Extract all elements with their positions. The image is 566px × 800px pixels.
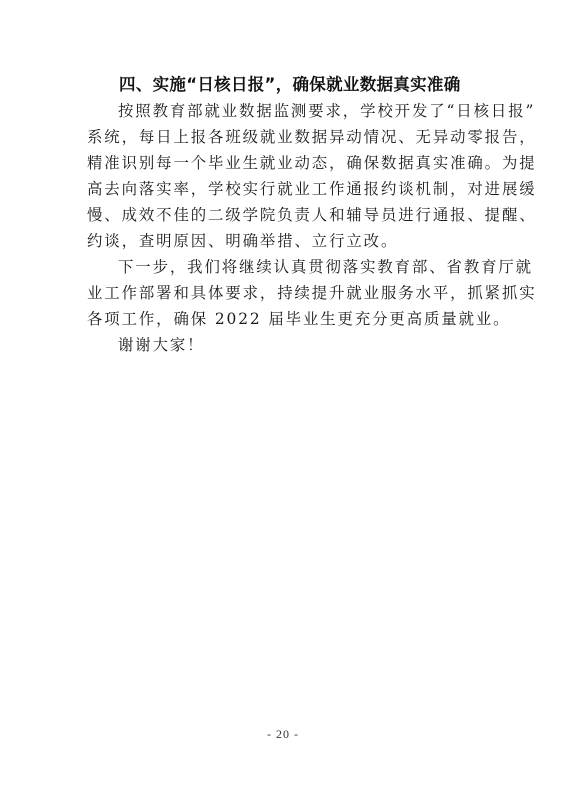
paragraph-daily-report: 按照教育部就业数据监测要求，学校开发了“日核日报” 系统，每日上报各班级就业数据…	[87, 98, 480, 254]
text-line: 高去向落实率，学校实行就业工作通报约谈机制，对进展缓	[87, 176, 480, 202]
text-line: 精准识别每一个毕业生就业动态，确保数据真实准确。为提	[87, 150, 480, 176]
document-page: 四、实施“日核日报”，确保就业数据真实准确 按照教育部就业数据监测要求，学校开发…	[0, 0, 566, 800]
text-line: 各项工作，确保 2022 届毕业生更充分更高质量就业。	[87, 306, 480, 332]
text-line: 下一步，我们将继续认真贯彻落实教育部、省教育厅就	[87, 254, 480, 280]
text-line: 慢、成效不佳的二级学院负责人和辅导员进行通报、提醒、	[87, 202, 480, 228]
paragraph-next-steps: 下一步，我们将继续认真贯彻落实教育部、省教育厅就 业工作部署和具体要求，持续提升…	[87, 254, 480, 332]
text-line: 业工作部署和具体要求，持续提升就业服务水平，抓紧抓实	[87, 280, 480, 306]
text-line: 按照教育部就业数据监测要求，学校开发了“日核日报”	[87, 98, 480, 124]
text-line: 谢谢大家！	[87, 332, 480, 358]
text-line: 系统，每日上报各班级就业数据异动情况、无异动零报告，	[87, 124, 480, 150]
page-content: 四、实施“日核日报”，确保就业数据真实准确 按照教育部就业数据监测要求，学校开发…	[87, 72, 480, 358]
section-heading: 四、实施“日核日报”，确保就业数据真实准确	[87, 72, 480, 98]
page-number: - 20 -	[0, 727, 566, 742]
paragraph-closing: 谢谢大家！	[87, 332, 480, 358]
text-line: 约谈，查明原因、明确举措、立行立改。	[87, 228, 480, 254]
